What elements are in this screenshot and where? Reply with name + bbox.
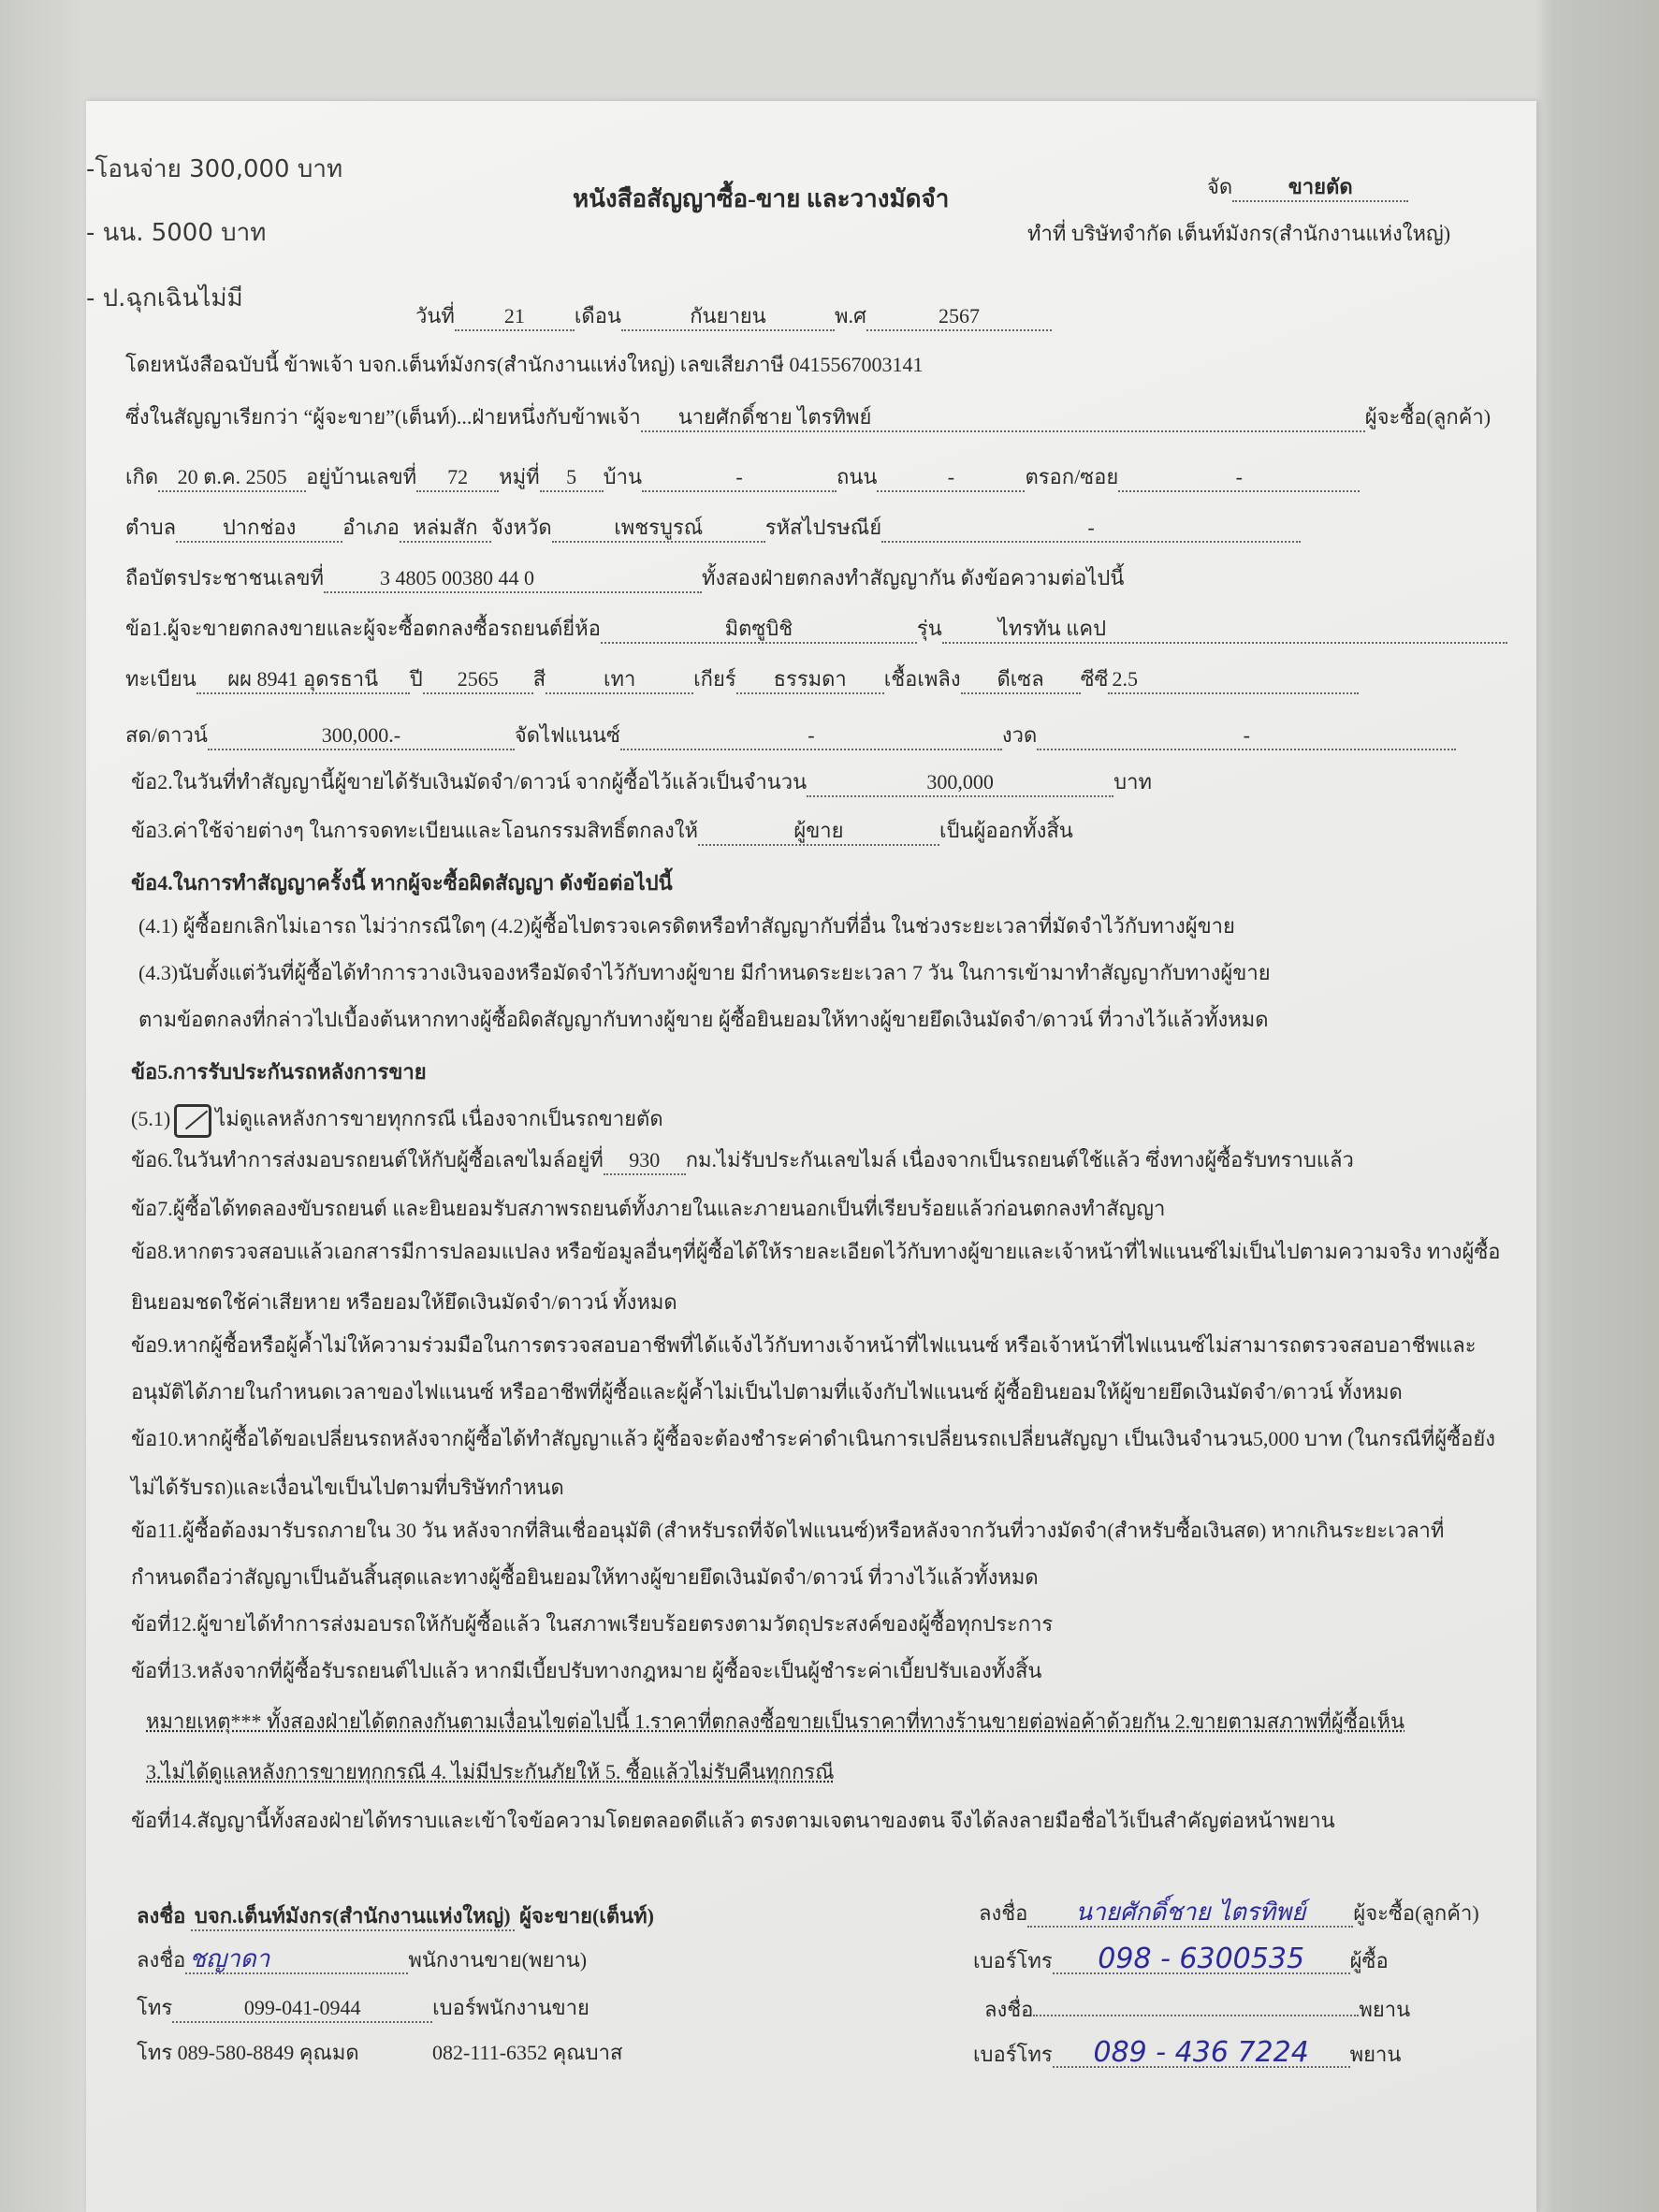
clause-2-amount: 300,000 xyxy=(807,769,1113,797)
witness-phone-value: 089 - 436 7224 xyxy=(1053,2040,1350,2068)
salesperson-sign-role: พนักงานขาย(พยาน) xyxy=(408,1948,587,1972)
vehicle-row-1: ข้อ1.ผู้จะขายตกลงขายและผู้จะซื้อตกลงซื้อ… xyxy=(125,616,1507,644)
cc-value: 2.5 xyxy=(1108,666,1359,694)
clause-8b: ยินยอมชดใช้ค่าเสียหาย หรือยอมให้ยึดเงินม… xyxy=(131,1289,677,1316)
house-value: 72 xyxy=(416,464,499,492)
gear-value: ธรรมดา xyxy=(736,666,884,694)
handnote-weight: - นน. 5000 บาท xyxy=(86,213,266,252)
province-label: จังหวัด xyxy=(491,516,552,539)
amphoe-value: หล่มสัก xyxy=(400,515,491,543)
witness-sign-label: ลงชื่อ xyxy=(984,1998,1033,2021)
sale-type-label: จัด xyxy=(1207,175,1232,198)
salesperson-phone-row: โทร099-041-0944เบอร์พนักงานขาย xyxy=(137,1995,589,2023)
seller-sign-role: ผู้จะขาย(เต็นท์) xyxy=(519,1904,654,1928)
finance-label: จัดไฟแนนซ์ xyxy=(515,723,620,747)
plate-label: ทะเบียน xyxy=(125,667,196,691)
salesperson-phone-label: โทร xyxy=(137,1996,172,2019)
witness-signature xyxy=(1033,2015,1359,2016)
vehicle-year-label: ปี xyxy=(410,667,423,691)
clause-14: ข้อที่14.สัญญานี้ทั้งสองฝ่ายได้ทราบและเข… xyxy=(131,1808,1335,1834)
road-label: ถนน xyxy=(837,465,877,488)
sale-type-field: จัดขายตัด xyxy=(1207,174,1408,202)
clause-7: ข้อ7.ผู้ซื้อได้ทดลองขับรถยนต์ และยินยอมร… xyxy=(131,1196,1165,1222)
clause-10a: ข้อ10.หากผู้ซื้อได้ขอเปลี่ยนรถหลังจากผู้… xyxy=(131,1426,1495,1452)
month-value: กันยายน xyxy=(621,303,835,331)
clause-9a: ข้อ9.หากผู้ซื้อหรือผู้ค้ำไม่ให้ความร่วมม… xyxy=(131,1332,1477,1359)
year-value: 2567 xyxy=(866,303,1052,331)
buyer-phone-label: เบอร์โทร xyxy=(973,1949,1053,1972)
clause-11a: ข้อ11.ผู้ซื้อต้องมารับรถภายใน 30 วัน หลั… xyxy=(131,1518,1444,1544)
clause-11b: กำหนดถือว่าสัญญาเป็นอันสิ้นสุดและทางผู้ซ… xyxy=(131,1564,1039,1591)
seller-sign-label: ลงชื่อ xyxy=(137,1904,185,1928)
day-label: วันที่ xyxy=(415,304,455,327)
model-value: ไทรทัน แคป xyxy=(942,616,1507,644)
house-label: อยู่บ้านเลขที่ xyxy=(306,465,416,488)
village-value: - xyxy=(642,464,837,492)
postcode-value: - xyxy=(881,515,1301,543)
intro-text: โดยหนังสือฉบับนี้ ข้าพเจ้า บจก.เต็นท์มัง… xyxy=(125,352,924,378)
made-at: ทำที่ บริษัทจำกัด เต็นท์มังกร(สำนักงานแห… xyxy=(1027,221,1450,247)
clause-1-label: ข้อ1.ผู้จะขายตกลงขายและผู้จะซื้อตกลงซื้อ… xyxy=(125,617,601,640)
born-value: 20 ต.ค. 2505 xyxy=(158,464,306,492)
seller-signature-row: ลงชื่อ บจก.เต็นท์มังกร(สำนักงานแห่งใหญ่)… xyxy=(137,1903,654,1931)
color-value: เทา xyxy=(546,666,693,694)
remark-line-a: หมายเหตุ*** ทั้งสองฝ่ายได้ตกลงกันตามเงื่… xyxy=(146,1709,1493,1735)
address-row-2: ตำบลปากช่องอำเภอหล่มสักจังหวัดเพชรบูรณ์ร… xyxy=(125,515,1301,543)
clause-12: ข้อที่12.ผู้ขายได้ทำการส่งมอบรถให้กับผู้… xyxy=(131,1611,1053,1637)
clause-4-1: (4.1) ผู้ซื้อยกเลิกไม่เอารถ ไม่ว่ากรณีใด… xyxy=(138,913,1235,939)
clause-6: ข้อ6.ในวันทำการส่งมอบรถยนต์ให้กับผู้ซื้อ… xyxy=(131,1147,1354,1175)
installment-value: - xyxy=(1037,722,1456,750)
clause-9b: อนุมัติได้ภายในกำหนดเวลาของไฟแนนซ์ หรืออ… xyxy=(131,1379,1403,1405)
witness-phone-row: เบอร์โทร089 - 436 7224พยาน xyxy=(973,2040,1401,2068)
clause-6-text: ข้อ6.ในวันทำการส่งมอบรถยนต์ให้กับผู้ซื้อ… xyxy=(131,1148,604,1171)
clause-4-3b: ตามข้อตกลงที่กล่าวไปเบื้องต้นหากทางผู้ซื… xyxy=(138,1007,1269,1033)
cash-value: 300,000.- xyxy=(208,722,515,750)
no-warranty-checkbox[interactable] xyxy=(174,1104,211,1138)
amphoe-label: อำเภอ xyxy=(342,516,400,539)
sale-type-value: ขายตัด xyxy=(1232,174,1408,202)
cc-label: ซีซี xyxy=(1081,667,1109,691)
buyer-phone-row: เบอร์โทร098 - 6300535ผู้ซื้อ xyxy=(973,1946,1389,1974)
vehicle-row-2: ทะเบียนผผ 8941 อุดรธานีปี2565สีเทาเกียร์… xyxy=(125,666,1359,694)
soi-value: - xyxy=(1118,464,1360,492)
witness-signature-row: ลงชื่อพยาน xyxy=(984,1997,1410,2023)
clause-3-party: ผู้ขาย xyxy=(698,818,939,846)
vehicle-year-value: 2565 xyxy=(423,666,533,694)
month-label: เดือน xyxy=(575,304,621,327)
postcode-label: รหัสไปรษณีย์ xyxy=(765,516,881,539)
mileage-value: 930 xyxy=(604,1147,686,1175)
salesperson-phone-value: 099-041-0944 xyxy=(172,1995,432,2023)
year-label: พ.ศ xyxy=(835,304,866,327)
payment-row: สด/ดาวน์300,000.-จัดไฟแนนซ์-งวด- xyxy=(125,722,1456,750)
salesperson-signature: ชญาดา xyxy=(185,1946,408,1974)
contact-a: โทร 089-580-8849 คุณมด xyxy=(137,2040,359,2066)
buyer-signature: นายศักดิ์ชาย ไตรทิพย์ xyxy=(1027,1899,1353,1928)
witness-phone-label: เบอร์โทร xyxy=(973,2043,1053,2066)
clause-3-suffix: เป็นผู้ออกทั้งสิ้น xyxy=(939,819,1073,842)
color-label: สี xyxy=(533,667,546,691)
province-value: เพชรบูรณ์ xyxy=(552,515,765,543)
seller-sign-value: บจก.เต็นท์มังกร(สำนักงานแห่งใหญ่) xyxy=(191,1903,515,1931)
brand-value: มิตซูบิชิ xyxy=(601,616,917,644)
witness-phone-role: พยาน xyxy=(1350,2043,1402,2066)
buyer-sign-role: ผู้จะซื้อ(ลูกค้า) xyxy=(1353,1901,1478,1925)
salesperson-phone-role: เบอร์พนักงานขาย xyxy=(432,1996,589,2019)
clause-2-text: ข้อ2.ในวันที่ทำสัญญานี้ผู้ขายได้รับเงินม… xyxy=(131,770,807,793)
buyer-suffix: ผู้จะซื้อ(ลูกค้า) xyxy=(1365,405,1491,429)
id-suffix: ทั้งสองฝ่ายตกลงทำสัญญากัน ดังข้อความต่อไ… xyxy=(702,566,1124,589)
clause-5-title: ข้อ5.การรับประกันรถหลังการขาย xyxy=(131,1059,427,1085)
clause-2-unit: บาท xyxy=(1113,770,1152,793)
clause-13: ข้อที่13.หลังจากที่ผู้ซื้อรับรถยนต์ไปแล้… xyxy=(131,1658,1041,1684)
plate-value: ผผ 8941 อุดรธานี xyxy=(196,666,410,694)
remark-line-b: 3.ไม่ได้ดูแลหลังการขายทุกกรณี 4. ไม่มีปร… xyxy=(146,1759,1493,1785)
seller-buyer-row: ซึ่งในสัญญาเรียกว่า “ผู้จะขาย”(เต็นท์)..… xyxy=(125,404,1491,432)
moo-value: 5 xyxy=(540,464,604,492)
gear-label: เกียร์ xyxy=(693,667,736,691)
soi-label: ตรอก/ซอย xyxy=(1025,465,1118,488)
handnote-emergency: - ป.ฉุกเฉินไม่มี xyxy=(86,279,243,317)
address-row-1: เกิด20 ต.ค. 2505อยู่บ้านเลขที่72หมู่ที่5… xyxy=(125,464,1360,492)
installment-label: งวด xyxy=(1002,723,1037,747)
moo-label: หมู่ที่ xyxy=(499,465,540,488)
buyer-signature-row: ลงชื่อนายศักดิ์ชาย ไตรทิพย์ผู้จะซื้อ(ลูก… xyxy=(979,1899,1479,1928)
village-label: บ้าน xyxy=(604,465,642,488)
road-value: - xyxy=(877,464,1025,492)
model-label: รุ่น xyxy=(917,617,942,640)
seller-line: ซึ่งในสัญญาเรียกว่า “ผู้จะขาย”(เต็นท์)..… xyxy=(125,405,641,429)
clause-4-3a: (4.3)นับตั้งแต่วันที่ผู้ซื้อได้ทำการวางเ… xyxy=(138,960,1271,986)
fuel-label: เชื้อเพลิง xyxy=(884,667,961,691)
clause-5-1-text: ไม่ดูแลหลังการขายทุกกรณี เนื่องจากเป็นรถ… xyxy=(215,1107,662,1130)
born-label: เกิด xyxy=(125,465,158,488)
clause-4-title: ข้อ4.ในการทำสัญญาครั้งนี้ หากผู้จะซื้อผิ… xyxy=(131,870,673,896)
id-label: ถือบัตรประชาชนเลขที่ xyxy=(125,566,324,589)
tambon-label: ตำบล xyxy=(125,516,176,539)
buyer-name: นายศักดิ์ชาย ไตรทิพย์ xyxy=(641,404,1365,432)
finance-value: - xyxy=(620,722,1002,750)
id-value: 3 4805 00380 44 0 xyxy=(324,565,702,593)
document-title: หนังสือสัญญาซื้อ-ขาย และวางมัดจำ xyxy=(573,180,949,218)
witness-sign-role: พยาน xyxy=(1359,1998,1410,2021)
clause-5-1: (5.1)ไม่ดูแลหลังการขายทุกกรณี เนื่องจากเ… xyxy=(131,1104,663,1138)
clause-6-suffix: กม.ไม่รับประกันเลขไมล์ เนื่องจากเป็นรถยน… xyxy=(686,1148,1354,1171)
contact-b: 082-111-6352 คุณบาส xyxy=(432,2040,622,2066)
cash-label: สด/ดาวน์ xyxy=(125,723,208,747)
day-value: 21 xyxy=(455,303,575,331)
clause-10b: ไม่ได้รับรถ)และเงื่อนไขเป็นไปตามที่บริษั… xyxy=(131,1475,564,1501)
salesperson-sign-label: ลงชื่อ xyxy=(137,1948,185,1972)
id-row: ถือบัตรประชาชนเลขที่3 4805 00380 44 0ทั้… xyxy=(125,565,1124,593)
clause-3-text: ข้อ3.ค่าใช้จ่ายต่างๆ ในการจดทะเบียนและโอ… xyxy=(131,819,698,842)
fuel-value: ดีเซล xyxy=(961,666,1081,694)
clause-3: ข้อ3.ค่าใช้จ่ายต่างๆ ในการจดทะเบียนและโอ… xyxy=(131,818,1073,846)
date-row: วันที่21เดือนกันยายนพ.ศ2567 xyxy=(415,303,1052,331)
clause-5-1-label: (5.1) xyxy=(131,1107,170,1130)
handnote-transfer: -โอนจ่าย 300,000 บาท xyxy=(86,150,342,188)
tambon-value: ปากช่อง xyxy=(176,515,342,543)
buyer-sign-label: ลงชื่อ xyxy=(979,1901,1027,1925)
clause-8a: ข้อ8.หากตรวจสอบแล้วเอกสารมีการปลอมแปลง ห… xyxy=(131,1239,1501,1265)
buyer-phone-role: ผู้ซื้อ xyxy=(1350,1949,1389,1972)
salesperson-signature-row: ลงชื่อชญาดาพนักงานขาย(พยาน) xyxy=(137,1946,587,1974)
clause-2: ข้อ2.ในวันที่ทำสัญญานี้ผู้ขายได้รับเงินม… xyxy=(131,769,1152,797)
buyer-phone-value: 098 - 6300535 xyxy=(1053,1946,1350,1974)
